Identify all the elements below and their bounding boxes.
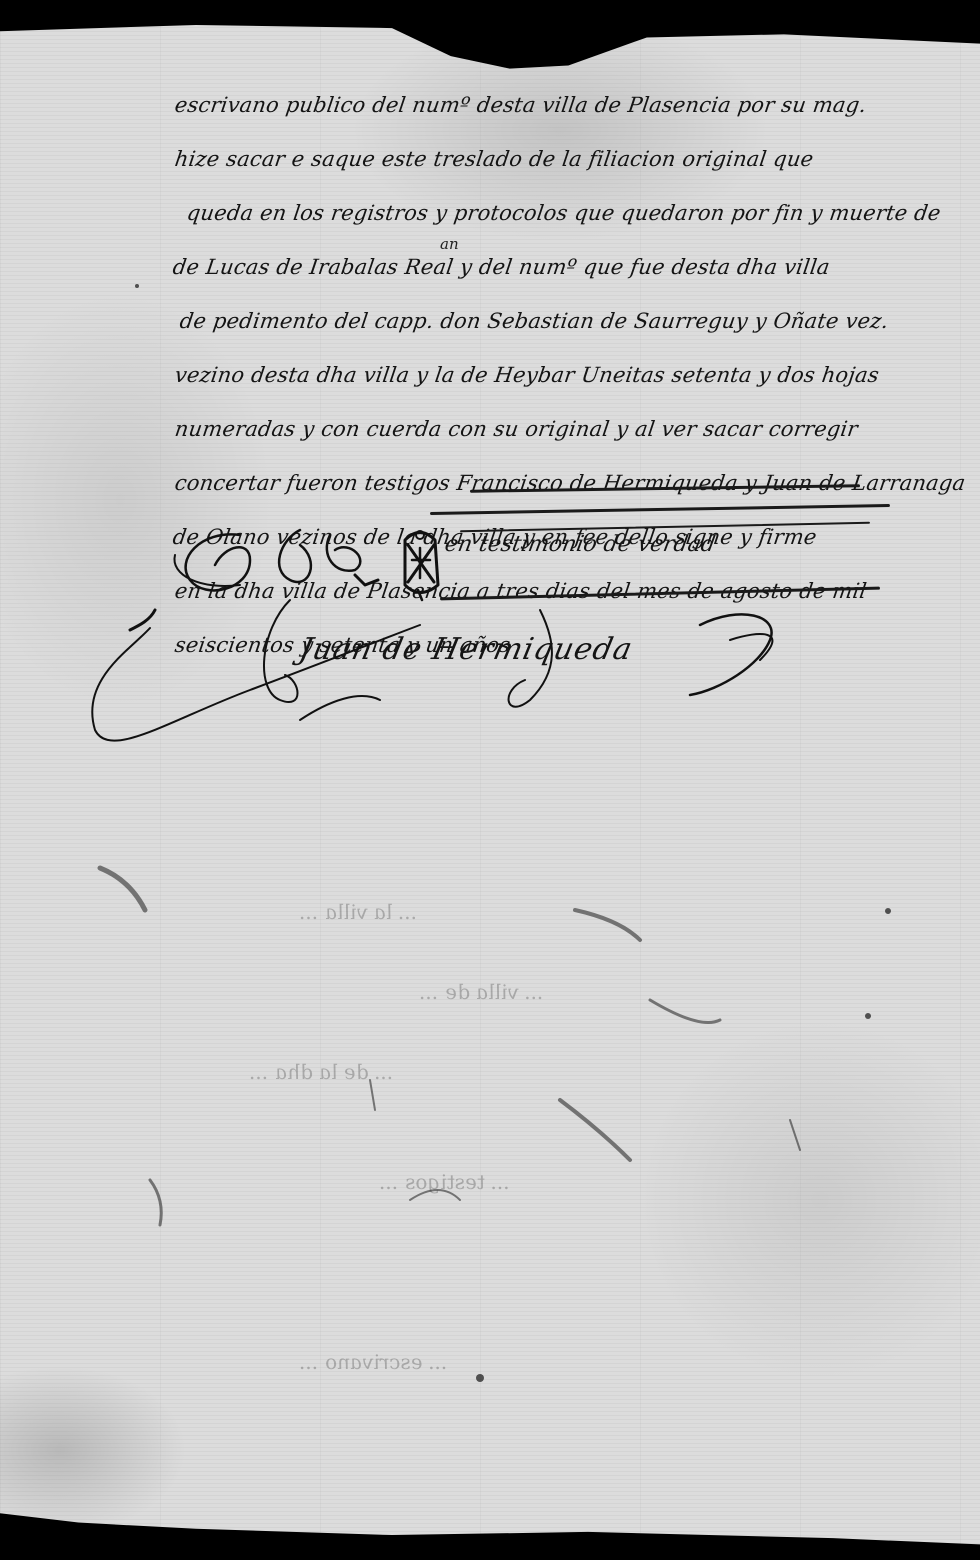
text-line-1: escrivano publico del numº desta villa d… bbox=[171, 78, 879, 132]
signature: Juan de Hermiqueda bbox=[296, 632, 636, 667]
text-line-8: concertar fueron testigos Francisco de H… bbox=[171, 456, 879, 510]
text-line-2: hize sacar e saque este treslado de la f… bbox=[171, 132, 879, 186]
text-line-6: vezino desta dha villa y la de Heybar Un… bbox=[171, 348, 879, 402]
bleed-line: ... villa de ... bbox=[418, 980, 547, 1004]
bleed-line: ... testigos ... bbox=[378, 1170, 513, 1194]
text-line-5: de pedimento del capp. don Sebastian de … bbox=[176, 294, 879, 348]
bleed-line: ... de la dha ... bbox=[248, 1060, 396, 1084]
interlinear-insertion: an bbox=[440, 235, 459, 253]
bleed-line: ... la villa ... bbox=[298, 900, 420, 924]
bleed-line: ... escrivano ... bbox=[298, 1350, 450, 1374]
document-body: escrivano publico del numº desta villa d… bbox=[175, 78, 875, 672]
text-line-7: numeradas y con cuerda con su original y… bbox=[171, 402, 879, 456]
notarial-attestation: en testimonio de verdad bbox=[443, 532, 718, 557]
text-line-4: de Lucas de Irabalas Real y del numº que… bbox=[169, 240, 879, 294]
text-line-3: queda en los registros y protocolos que … bbox=[183, 186, 879, 240]
